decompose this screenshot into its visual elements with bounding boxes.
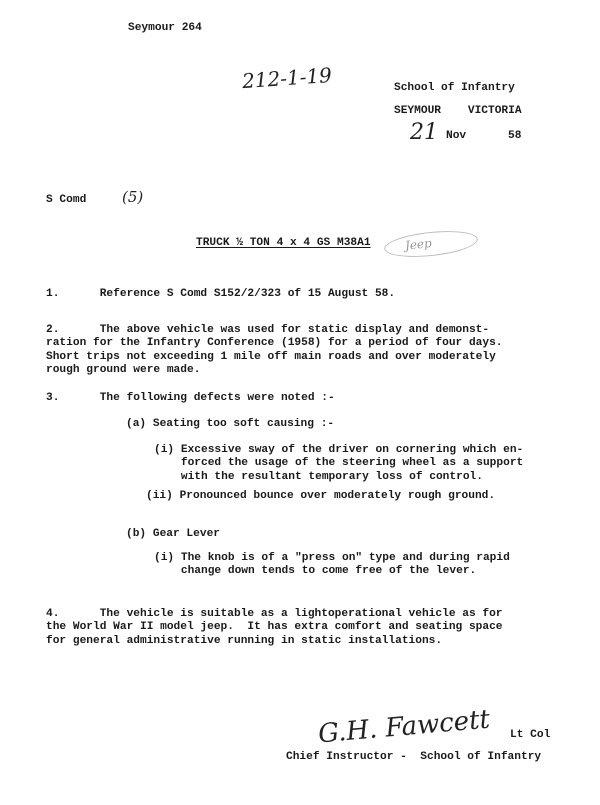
org-name: School of Infantry [394, 82, 515, 94]
signatory-title: Chief Instructor - School of Infantry [286, 751, 541, 763]
addressee: S Comd [46, 194, 86, 206]
reference-number: Seymour 264 [128, 22, 202, 34]
paragraph-2: 2. The above vehicle was used for static… [46, 324, 566, 378]
paragraph-3a: (a) Seating too soft causing :- [126, 418, 600, 431]
paragraph-1: 1. Reference S Comd S152/2/323 of 15 Aug… [46, 288, 566, 301]
paragraph-3a-ii: (ii) Pronounced bounce over moderately r… [146, 490, 600, 503]
paragraph-3b-i: (i) The knob is of a "press on" type and… [154, 552, 600, 579]
jeep-stamp: Jeep [383, 227, 479, 261]
org-location: SEYMOUR VICTORIA [394, 105, 522, 117]
handwritten-file-number: 212-1-19 [241, 63, 332, 93]
subject-title: TRUCK ½ TON 4 x 4 GS M38A1 [196, 237, 371, 249]
paragraph-3a-i: (i) Excessive sway of the driver on corn… [154, 444, 600, 484]
paragraph-3: 3. The following defects were noted :- [46, 392, 566, 405]
paragraph-4: 4. The vehicle is suitable as a lightope… [46, 608, 566, 648]
signature: G.H. Fawcett [317, 705, 491, 750]
stamp-text: Jeep [404, 236, 432, 253]
date-year: 58 [508, 130, 521, 142]
date-month: Nov [446, 130, 466, 142]
handwritten-addressee-mark: (5) [122, 188, 143, 206]
handwritten-date-day: 21 [410, 120, 438, 145]
paragraph-3b: (b) Gear Lever [126, 528, 600, 541]
signatory-rank: Lt Col [510, 729, 550, 741]
